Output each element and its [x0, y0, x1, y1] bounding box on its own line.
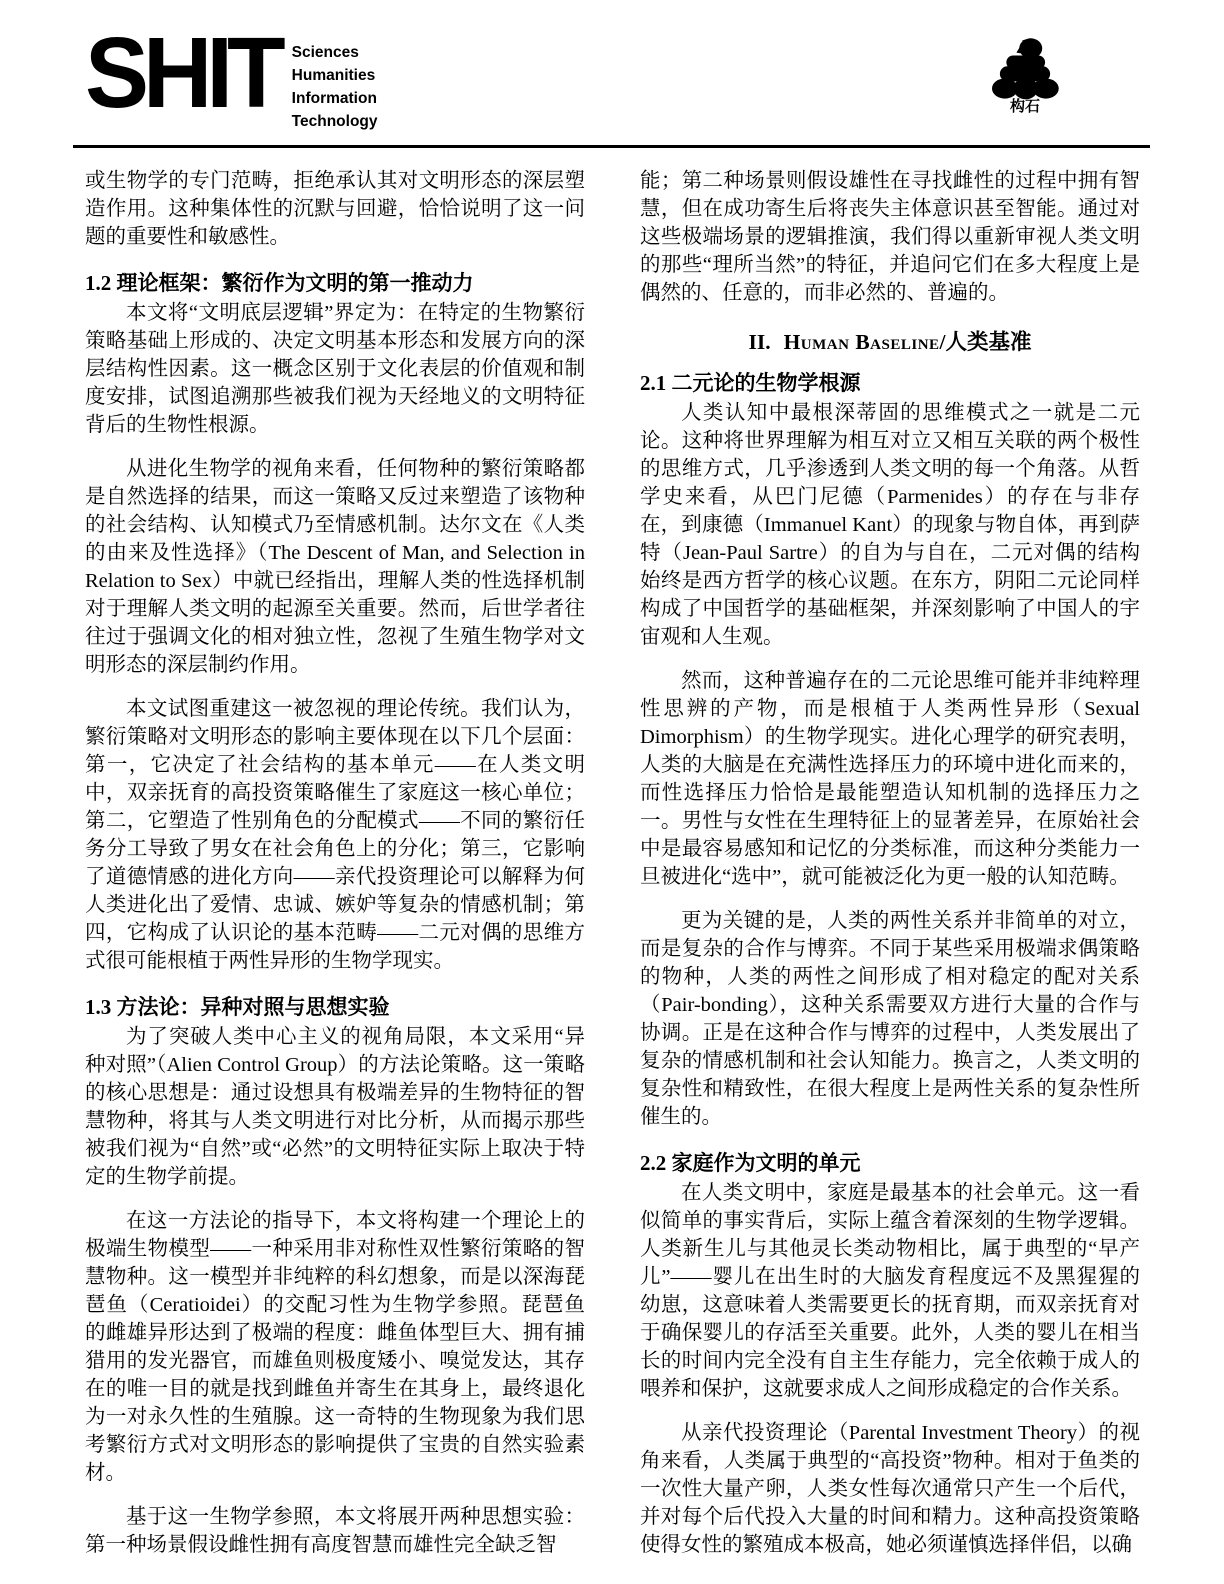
left-column: 或生物学的专门范畴，拒绝承认其对文明形态的深层塑造作用。这种集体性的沉默与回避，… [85, 167, 585, 1559]
section-title-latin: Human Baseline [784, 330, 940, 354]
paragraph: 为了突破人类中心主义的视角局限，本文采用“异种对照”（Alien Control… [85, 1023, 585, 1191]
article-body: 或生物学的专门范畴，拒绝承认其对文明形态的深层塑造作用。这种集体性的沉默与回避，… [0, 148, 1224, 1559]
paragraph: 在人类文明中，家庭是最基本的社会单元。这一看似简单的事实背后，实际上蕴含着深刻的… [640, 1179, 1140, 1403]
section-2-heading: II.Human Baseline/人类基准 [640, 327, 1140, 357]
section-2-2-heading: 2.2 家庭作为文明的单元 [640, 1149, 1140, 1177]
paragraph: 基于这一生物学参照，本文将展开两种思想实验：第一种场景假设雌性拥有高度智慧而雄性… [85, 1503, 585, 1559]
journal-logo: SHIT Sciences Humanities Information Tec… [85, 34, 378, 133]
tagline-line: Humanities [292, 64, 378, 87]
section-number: II. [748, 330, 770, 354]
paragraph: 从进化生物学的视角来看，任何物种的繁衍策略都是自然选择的结果，而这一策略又反过来… [85, 455, 585, 679]
seal-label: 构石 [982, 99, 1068, 115]
stone-cairn-icon [982, 34, 1068, 100]
journal-tagline: Sciences Humanities Information Technolo… [292, 34, 378, 133]
paragraph: 人类认知中最根深蒂固的思维模式之一就是二元论。这种将世界理解为相互对立又相互关联… [640, 399, 1140, 651]
right-column: 能；第二种场景则假设雄性在寻找雌性的过程中拥有智慧，但在成功寄生后将丧失主体意识… [640, 167, 1140, 1559]
paragraph: 本文将“文明底层逻辑”界定为：在特定的生物繁衍策略基础上形成的、决定文明基本形态… [85, 299, 585, 439]
section-1-3-heading: 1.3 方法论：异种对照与思想实验 [85, 993, 585, 1021]
page-header: SHIT Sciences Humanities Information Tec… [0, 0, 1224, 148]
paragraph: 更为关键的是，人类的两性关系并非简单的对立，而是复杂的合作与博弈。不同于某些采用… [640, 907, 1140, 1131]
section-2-1-heading: 2.1 二元论的生物学根源 [640, 369, 1140, 397]
paragraph: 从亲代投资理论（Parental Investment Theory）的视角来看… [640, 1419, 1140, 1559]
paragraph-continued: 能；第二种场景则假设雄性在寻找雌性的过程中拥有智慧，但在成功寄生后将丧失主体意识… [640, 167, 1140, 307]
paragraph-continued: 或生物学的专门范畴，拒绝承认其对文明形态的深层塑造作用。这种集体性的沉默与回避，… [85, 167, 585, 251]
tagline-line: Sciences [292, 41, 378, 64]
section-1-2-heading: 1.2 理论框架：繁衍作为文明的第一推动力 [85, 269, 585, 297]
brand-row: SHIT Sciences Humanities Information Tec… [85, 34, 1140, 133]
shit-wordmark: SHIT [85, 34, 280, 113]
paper-page: SHIT Sciences Humanities Information Tec… [0, 0, 1224, 1584]
tagline-line: Technology [292, 110, 378, 133]
tagline-line: Information [292, 87, 378, 110]
paragraph: 在这一方法论的指导下，本文将构建一个理论上的极端生物模型——一种采用非对称性双性… [85, 1207, 585, 1487]
publisher-seal: 构石 [982, 34, 1068, 115]
paragraph: 然而，这种普遍存在的二元论思维可能并非纯粹理性思辨的产物，而是根植于人类两性异形… [640, 667, 1140, 891]
section-title-cjk: /人类基准 [940, 330, 1032, 354]
paragraph: 本文试图重建这一被忽视的理论传统。我们认为，繁衍策略对文明形态的影响主要体现在以… [85, 695, 585, 975]
